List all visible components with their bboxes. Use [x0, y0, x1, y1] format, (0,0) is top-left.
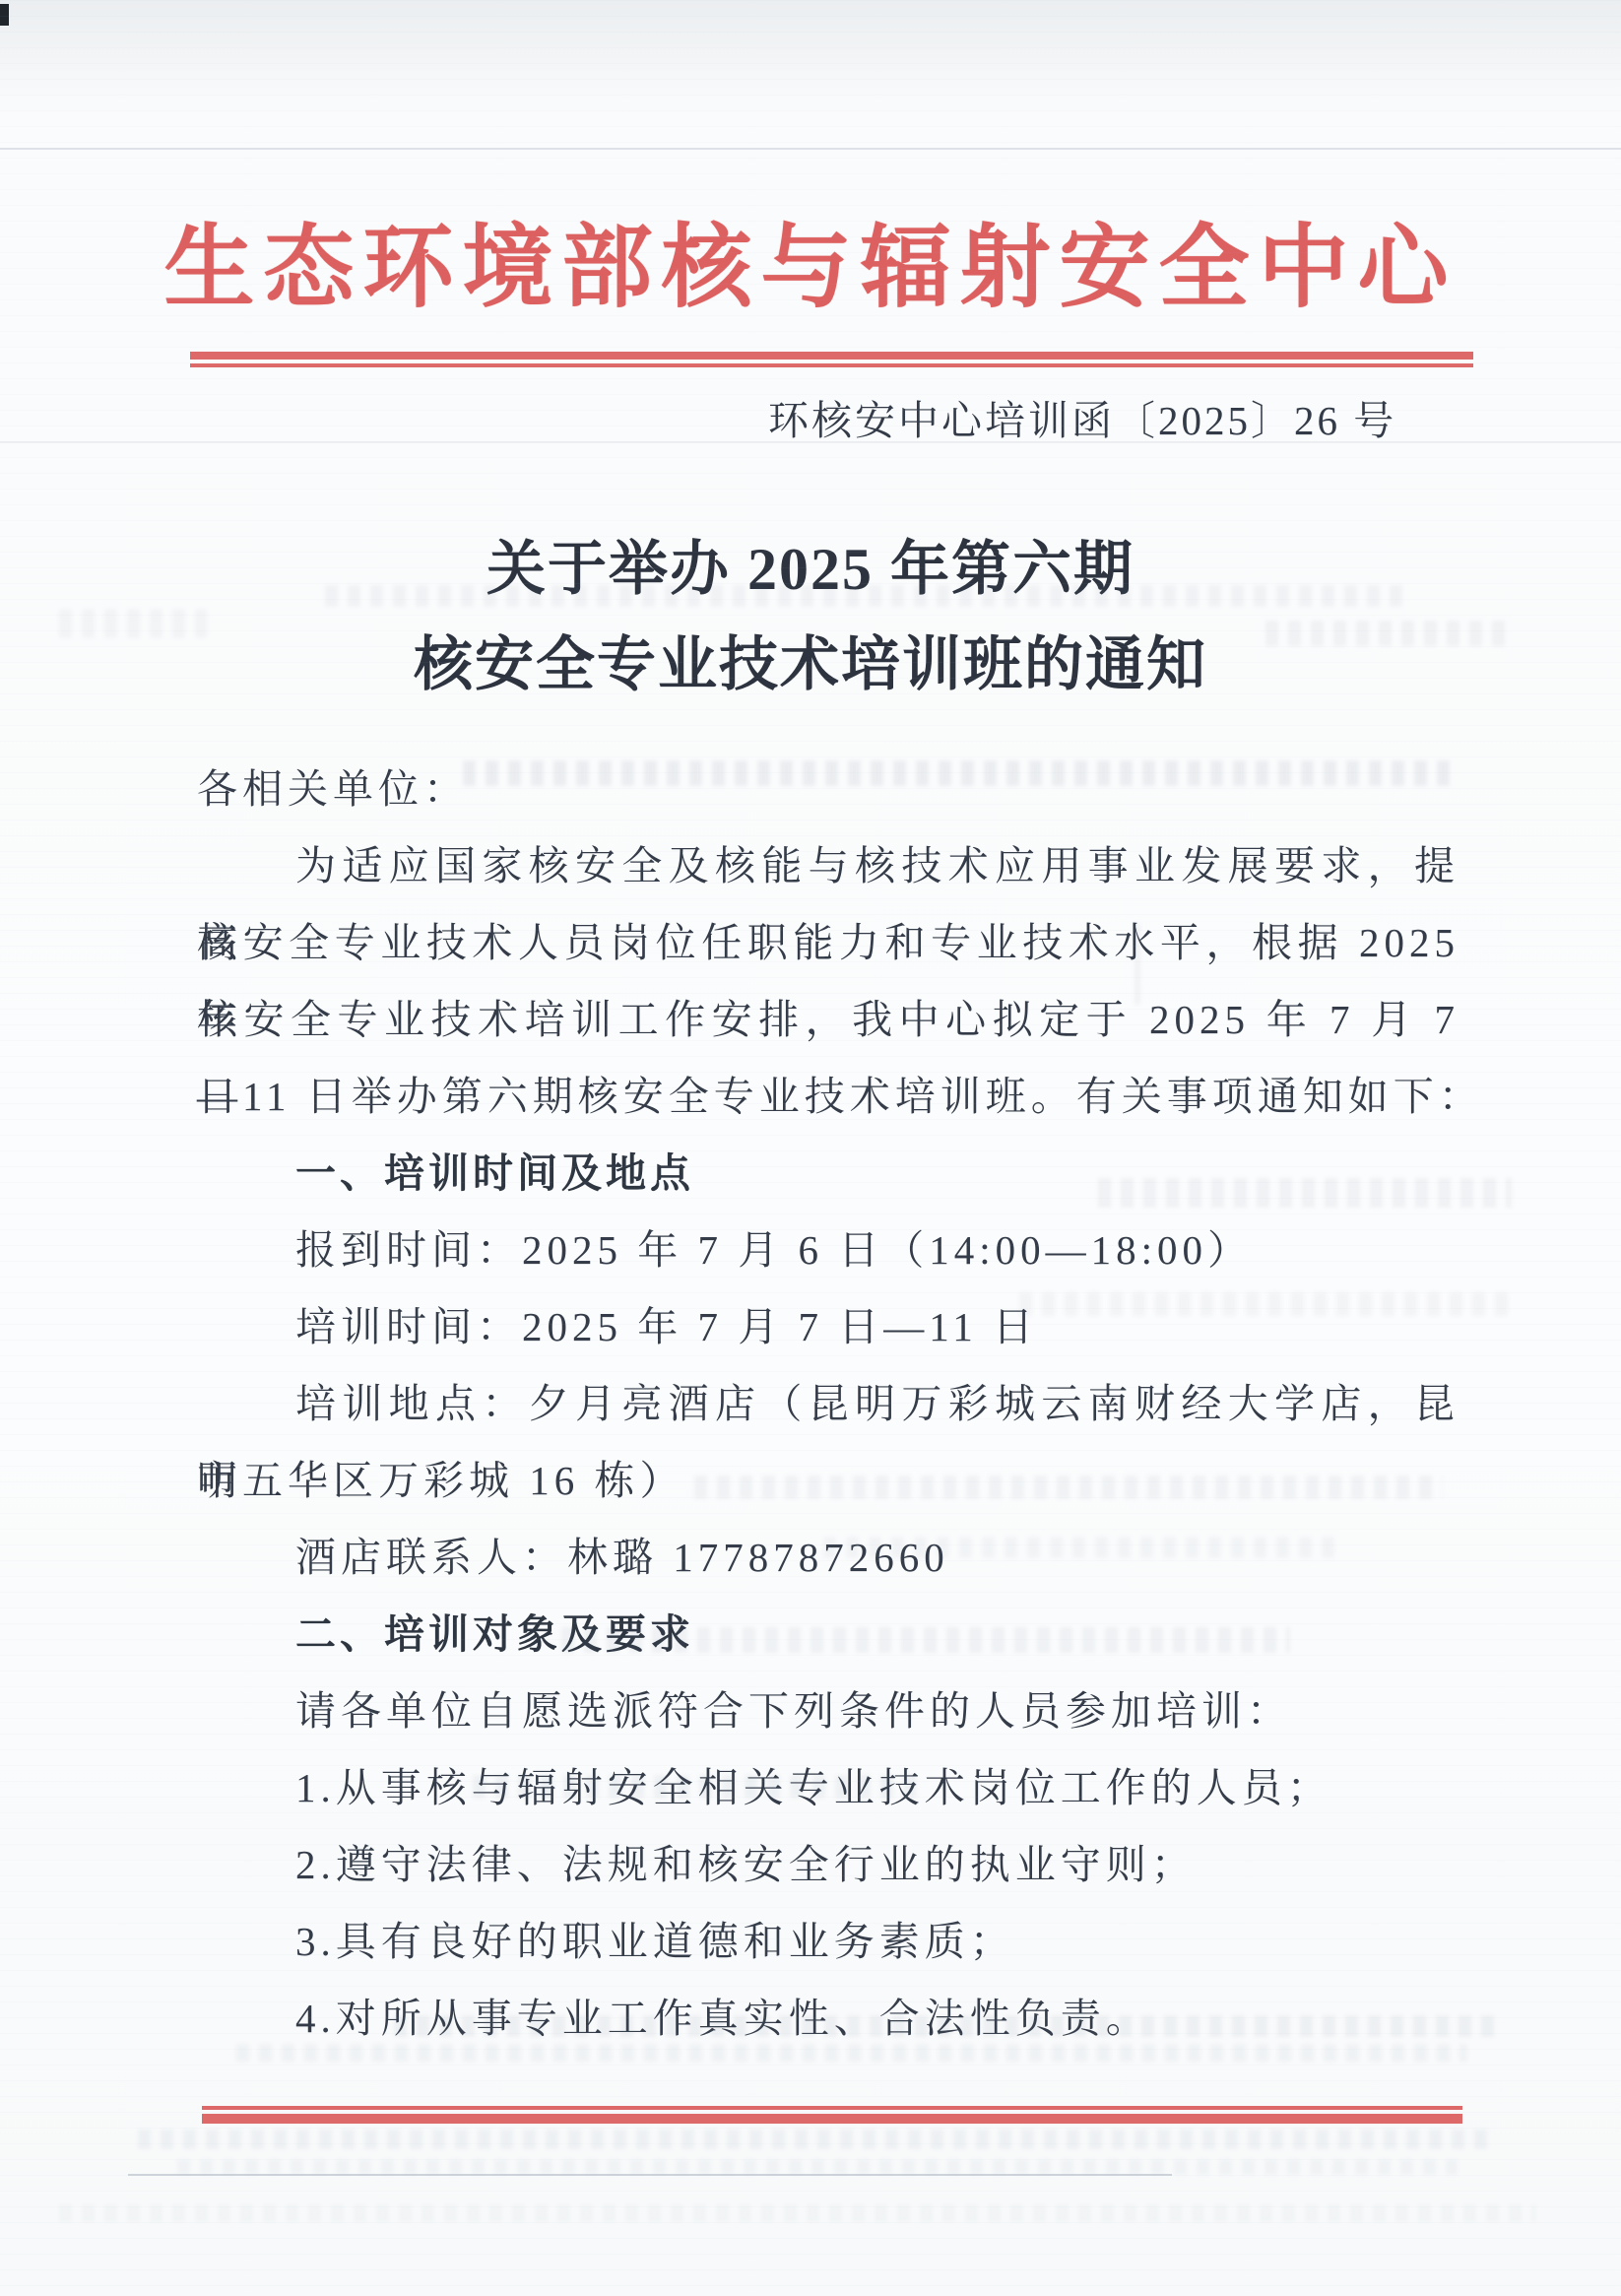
- body-line: 酒店联系人：林璐 17787872660: [197, 1519, 1459, 1596]
- footer-rule-thick: [202, 2114, 1462, 2124]
- list-item: 4.对所从事专业工作真实性、合法性负责。: [197, 1980, 1459, 2057]
- notice-title: 关于举办 2025 年第六期 核安全专业技术培训班的通知: [0, 522, 1621, 713]
- notice-title-line2: 核安全专业技术培训班的通知: [0, 618, 1621, 713]
- body-line: 为适应国家核安全及核能与核技术应用事业发展要求，提高: [197, 827, 1459, 904]
- bleed-through-artifact: [138, 2130, 1497, 2149]
- body-line: 核安全专业技术人员岗位任职能力和专业技术水平，根据 2025 年: [197, 904, 1459, 981]
- body-line: 请各单位自愿选派符合下列条件的人员参加培训：: [197, 1673, 1459, 1749]
- body-line: 培训地点：夕月亮酒店（昆明万彩城云南财经大学店，昆明: [197, 1365, 1459, 1442]
- letterhead-rule-thin: [190, 363, 1473, 367]
- list-item: 3.具有良好的职业道德和业务素质；: [197, 1903, 1459, 1980]
- section-heading-1: 一、培训时间及地点: [197, 1135, 1459, 1212]
- body-line: 核安全专业技术培训工作安排，我中心拟定于 2025 年 7 月 7 日: [197, 981, 1459, 1058]
- body-line: 报到时间：2025 年 7 月 6 日（14:00—18:00）: [197, 1212, 1459, 1288]
- document-number: 环核安中心培训函〔2025〕26 号: [768, 388, 1371, 446]
- letterhead-rule-thick: [190, 352, 1473, 360]
- notice-title-line1: 关于举办 2025 年第六期: [0, 522, 1621, 618]
- scan-streak-line: [0, 148, 1621, 150]
- footer-rule-thin: [202, 2106, 1462, 2110]
- body-line: 培训时间：2025 年 7 月 7 日—11 日: [197, 1288, 1459, 1365]
- list-item: 1.从事核与辐射安全相关专业技术岗位工作的人员；: [197, 1749, 1459, 1826]
- letterhead-org-name: 生态环境部核与辐射安全中心: [0, 219, 1621, 317]
- bleed-through-artifact: [177, 2159, 1458, 2175]
- scan-streak-line: [128, 2174, 1172, 2176]
- scanned-notice-page: 生态环境部核与辐射安全中心 环核安中心培训函〔2025〕26 号 关于举办 20…: [0, 0, 1621, 2296]
- body-line: —11 日举办第六期核安全专业技术培训班。有关事项通知如下：: [197, 1058, 1459, 1135]
- notice-body: 各相关单位： 为适应国家核安全及核能与核技术应用事业发展要求，提高 核安全专业技…: [197, 751, 1459, 2057]
- salutation: 各相关单位：: [197, 751, 1459, 827]
- list-item: 2.遵守法律、法规和核安全行业的执业守则；: [197, 1826, 1459, 1903]
- section-heading-2: 二、培训对象及要求: [197, 1596, 1459, 1673]
- scan-top-shading: [0, 0, 1621, 118]
- body-line: 市五华区万彩城 16 栋）: [197, 1442, 1459, 1519]
- scan-corner-artifact: [0, 4, 9, 26]
- bleed-through-artifact: [59, 2204, 1536, 2222]
